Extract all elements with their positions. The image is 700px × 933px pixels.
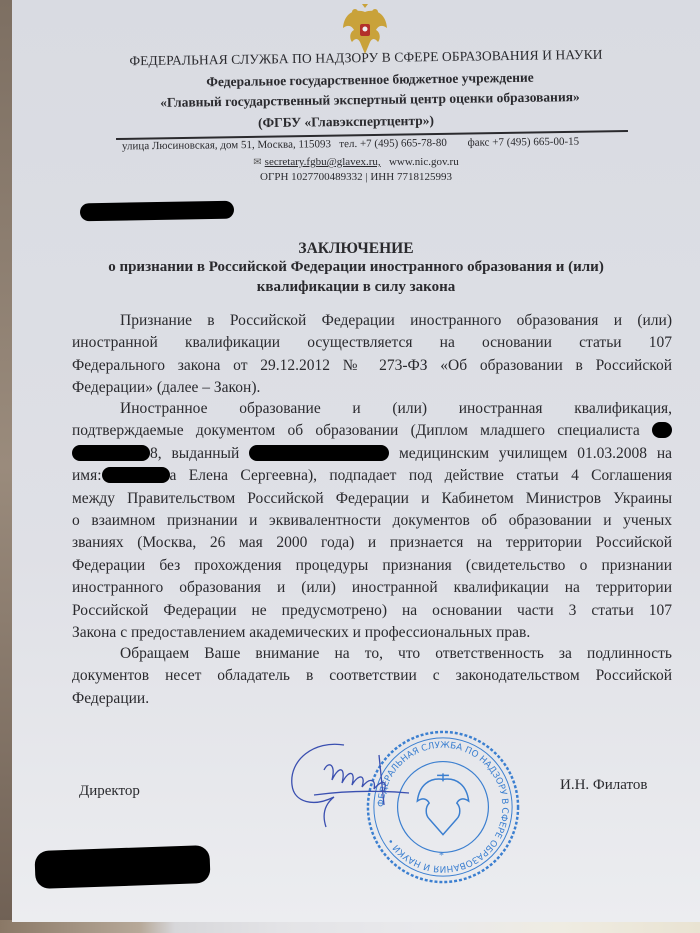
svg-text:*: * (439, 850, 444, 861)
document-subtitle-line2: квалификации в силу закона (12, 279, 700, 296)
document-title: ЗАКЛЮЧЕНИЕ (12, 240, 700, 258)
phone: тел. +7 (495) 665-78-80 (339, 137, 447, 150)
contact-line: ✉secretary.fgbu@glavex.ru, www.nic.gov.r… (12, 156, 700, 168)
redacted-executor (34, 845, 210, 889)
redacted-surname (102, 467, 170, 483)
registration-numbers: ОГРН 1027700489332 | ИНН 7718125993 (12, 171, 700, 183)
document-page: ФЕДЕРАЛЬНАЯ СЛУЖБА ПО НАДЗОРУ В СФЕРЕ ОБ… (12, 0, 700, 922)
paragraph-legal-basis: Признание в Российской Федерации иностра… (72, 310, 672, 400)
redacted-recipient (80, 201, 234, 222)
paragraph-recognition: Иностранное образование и (или) иностран… (72, 398, 672, 644)
website-link[interactable]: www.nic.gov.ru (389, 156, 459, 168)
background-surface-left (0, 0, 12, 933)
redacted-diploma-series (652, 422, 672, 438)
email-link[interactable]: secretary.fgbu@glavex.ru, (265, 156, 381, 168)
address: улица Люсиновская, дом 51, Москва, 11509… (122, 138, 331, 152)
fax: факс +7 (495) 665-00-15 (467, 136, 579, 149)
redacted-diploma-number (72, 445, 150, 461)
paragraph-responsibility: Обращаем Ваше внимание на то, что ответс… (72, 643, 672, 710)
document-subtitle-line1: о признании в Российской Федерации иност… (12, 259, 700, 276)
redacted-issuer (249, 445, 389, 461)
envelope-icon: ✉ (253, 157, 261, 168)
signatory-name: И.Н. Филатов (560, 777, 648, 794)
signatory-role: Директор (79, 783, 140, 800)
signature-icon (284, 735, 424, 830)
